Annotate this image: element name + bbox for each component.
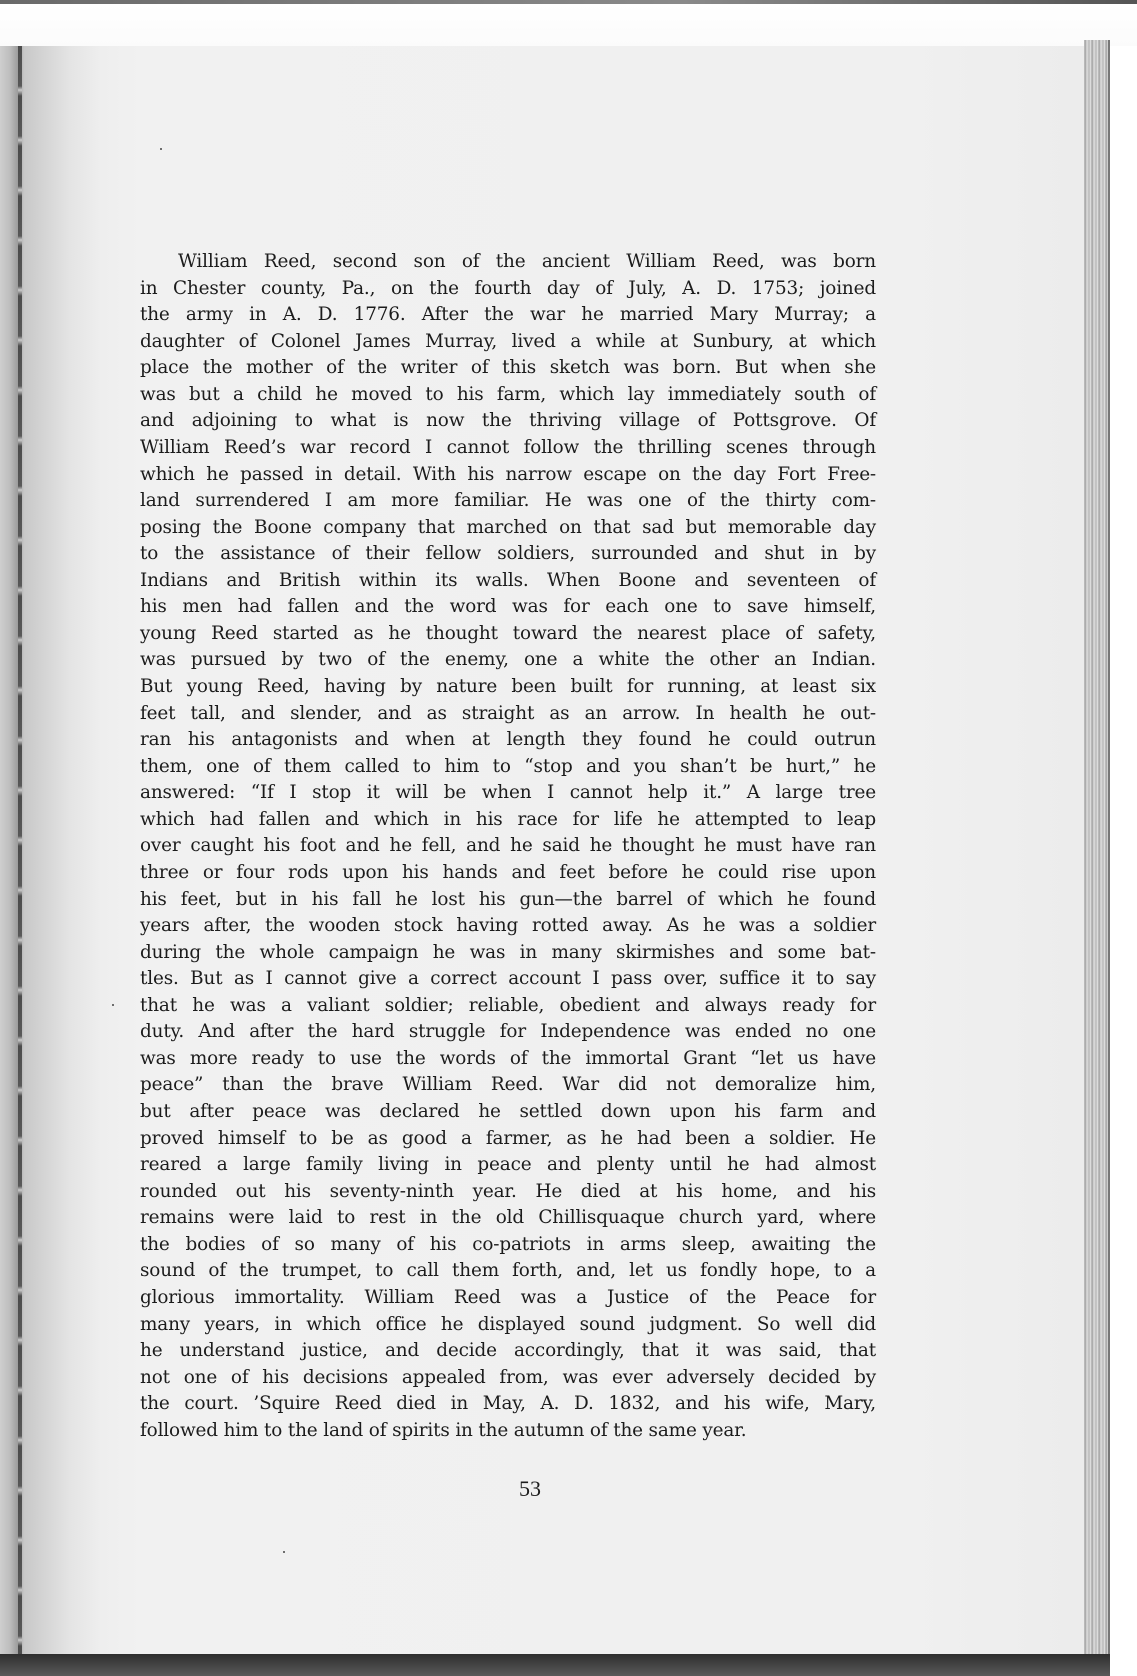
text-line: sound of the trumpet, to call them forth…	[140, 1258, 876, 1285]
scan-top-margin	[0, 4, 1137, 46]
text-line: three or four rods upon his hands and fe…	[140, 860, 876, 887]
text-line: that he was a valiant soldier; reliable,…	[140, 993, 876, 1020]
text-line: glorious immortality. William Reed was a…	[140, 1285, 876, 1312]
text-line: was pursued by two of the enemy, one a w…	[140, 647, 876, 674]
text-line: followed him to the land of spirits in t…	[140, 1418, 876, 1445]
text-line: not one of his decisions appealed from, …	[140, 1365, 876, 1392]
text-line: was more ready to use the words of the i…	[140, 1046, 876, 1073]
text-line: his men had fallen and the word was for …	[140, 594, 876, 621]
text-line: proved himself to be as good a farmer, a…	[140, 1126, 876, 1153]
text-line: which he passed in detail. With his narr…	[140, 462, 876, 489]
text-line: answered: “If I stop it will be when I c…	[140, 780, 876, 807]
text-line: land surrendered I am more familiar. He …	[140, 488, 876, 515]
text-line: years after, the wooden stock having rot…	[140, 913, 876, 940]
text-line: but after peace was declared he settled …	[140, 1099, 876, 1126]
text-line: the bodies of so many of his co-patriots…	[140, 1232, 876, 1259]
text-line: rounded out his seventy-ninth year. He d…	[140, 1179, 876, 1206]
text-line: place the mother of the writer of this s…	[140, 355, 876, 382]
text-line: William Reed, second son of the ancient …	[140, 249, 876, 276]
text-line: posing the Boone company that marched on…	[140, 515, 876, 542]
paper-speck	[112, 1004, 114, 1006]
text-line: peace” than the brave William Reed. War …	[140, 1072, 876, 1099]
text-line: he understand justice, and decide accord…	[140, 1338, 876, 1365]
text-line: over caught his foot and he fell, and he…	[140, 833, 876, 860]
text-line: young Reed started as he thought toward …	[140, 621, 876, 648]
text-line: daughter of Colonel James Murray, lived …	[140, 329, 876, 356]
text-line: duty. And after the hard struggle for In…	[140, 1019, 876, 1046]
paper-speck	[160, 148, 162, 150]
text-line: his feet, but in his fall he lost his gu…	[140, 887, 876, 914]
text-line: which had fallen and which in his race f…	[140, 807, 876, 834]
text-line: But young Reed, having by nature been bu…	[140, 674, 876, 701]
text-line: reared a large family living in peace an…	[140, 1152, 876, 1179]
body-paragraph: William Reed, second son of the ancient …	[140, 249, 876, 1444]
text-line: the court. ’Squire Reed died in May, A. …	[140, 1391, 876, 1418]
text-line: remains were laid to rest in the old Chi…	[140, 1205, 876, 1232]
text-line: and adjoining to what is now the thrivin…	[140, 408, 876, 435]
text-line: Indians and British within its walls. Wh…	[140, 568, 876, 595]
page-stack-edge	[1084, 40, 1108, 1654]
text-line: them, one of them called to him to “stop…	[140, 754, 876, 781]
text-line: to the assistance of their fellow soldie…	[140, 541, 876, 568]
page-number: 53	[500, 1476, 560, 1502]
text-line: the army in A. D. 1776. After the war he…	[140, 302, 876, 329]
text-line: in Chester county, Pa., on the fourth da…	[140, 276, 876, 303]
page-stack-border	[1108, 40, 1110, 1654]
text-line: William Reed’s war record I cannot follo…	[140, 435, 876, 462]
text-line: tles. But as I cannot give a correct acc…	[140, 966, 876, 993]
text-line: was but a child he moved to his farm, wh…	[140, 382, 876, 409]
text-line: feet tall, and slender, and as straight …	[140, 701, 876, 728]
text-line: many years, in which office he displayed…	[140, 1312, 876, 1339]
book-binding-gutter	[18, 46, 22, 1654]
book-cover-bottom-edge	[0, 1654, 1110, 1676]
text-line: during the whole campaign he was in many…	[140, 940, 876, 967]
text-line: ran his antagonists and when at length t…	[140, 727, 876, 754]
paper-speck	[283, 1551, 285, 1553]
